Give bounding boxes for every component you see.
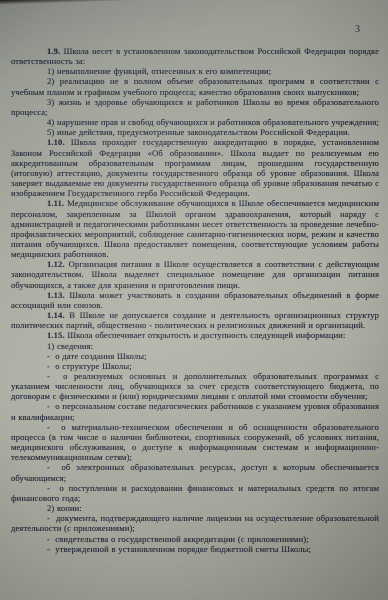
dash-list-item: - о персональном составе педагогических …	[11, 401, 379, 421]
page-number: 3	[355, 24, 360, 35]
numbered-list-item: 3) жизнь и здоровье обучающихся и работн…	[11, 97, 379, 117]
clause-number: 1.15.	[47, 330, 65, 340]
numbered-list-item: 5) иные действия, предусмотренные законо…	[11, 127, 379, 137]
clause-paragraph: 1.12. Организация питания в Школе осущес…	[11, 259, 379, 289]
numbered-list-item: 1) невыполнение функций, отнесенных к ег…	[11, 66, 379, 76]
dash-list-item: - о поступлении и расходовании финансовы…	[11, 483, 379, 503]
clause-paragraph: 1.15. Школа обеспечивает открытость и до…	[11, 330, 379, 340]
clause-paragraph: 1.13. Школа может участвовать в создании…	[11, 290, 379, 310]
dash-list-item: - о реализуемых основных и дополнительны…	[11, 371, 379, 401]
clause-number: 1.11.	[47, 198, 64, 208]
clause-number: 1.13.	[47, 290, 65, 300]
clause-number: 1.12.	[47, 259, 65, 269]
numbered-list-item: 2) реализацию не в полном объеме образов…	[11, 76, 379, 96]
document-body: 1.9. Школа несет в установленном законод…	[11, 46, 379, 554]
clause-number: 1.14.	[47, 310, 65, 320]
clause-paragraph: 1.14. В Школе не допускается создание и …	[11, 310, 379, 330]
dash-list-item: - о дате создания Школы;	[11, 351, 379, 361]
numbered-list-item: 2) копии:	[11, 503, 379, 513]
numbered-list-item: 1) сведения:	[11, 341, 379, 351]
numbered-list-item: 4) нарушение прав и свобод обучающихся и…	[11, 117, 379, 127]
dash-list-item: - о структуре Школы;	[11, 361, 379, 371]
clause-paragraph: 1.9. Школа несет в установленном законод…	[11, 46, 379, 66]
document-photo: 3 1.9. Школа несет в установленном закон…	[0, 0, 388, 600]
clause-number: 1.10.	[47, 137, 65, 147]
dash-list-item: - об электронных образовательных ресурса…	[11, 462, 379, 482]
clause-number: 1.9.	[47, 46, 60, 56]
dash-list-item: - документа, подтверждающего наличие лиц…	[11, 513, 379, 533]
dash-list-item: - утвержденной в установленном порядке б…	[11, 544, 379, 554]
dash-list-item: - о материально-техническом обеспечении …	[11, 422, 379, 463]
clause-paragraph: 1.11. Медицинское обслуживание обучающих…	[11, 198, 379, 259]
dash-list-item: - свидетельства о государственной аккред…	[11, 534, 379, 544]
clause-paragraph: 1.10. Школа проходит государственную акк…	[11, 137, 379, 198]
